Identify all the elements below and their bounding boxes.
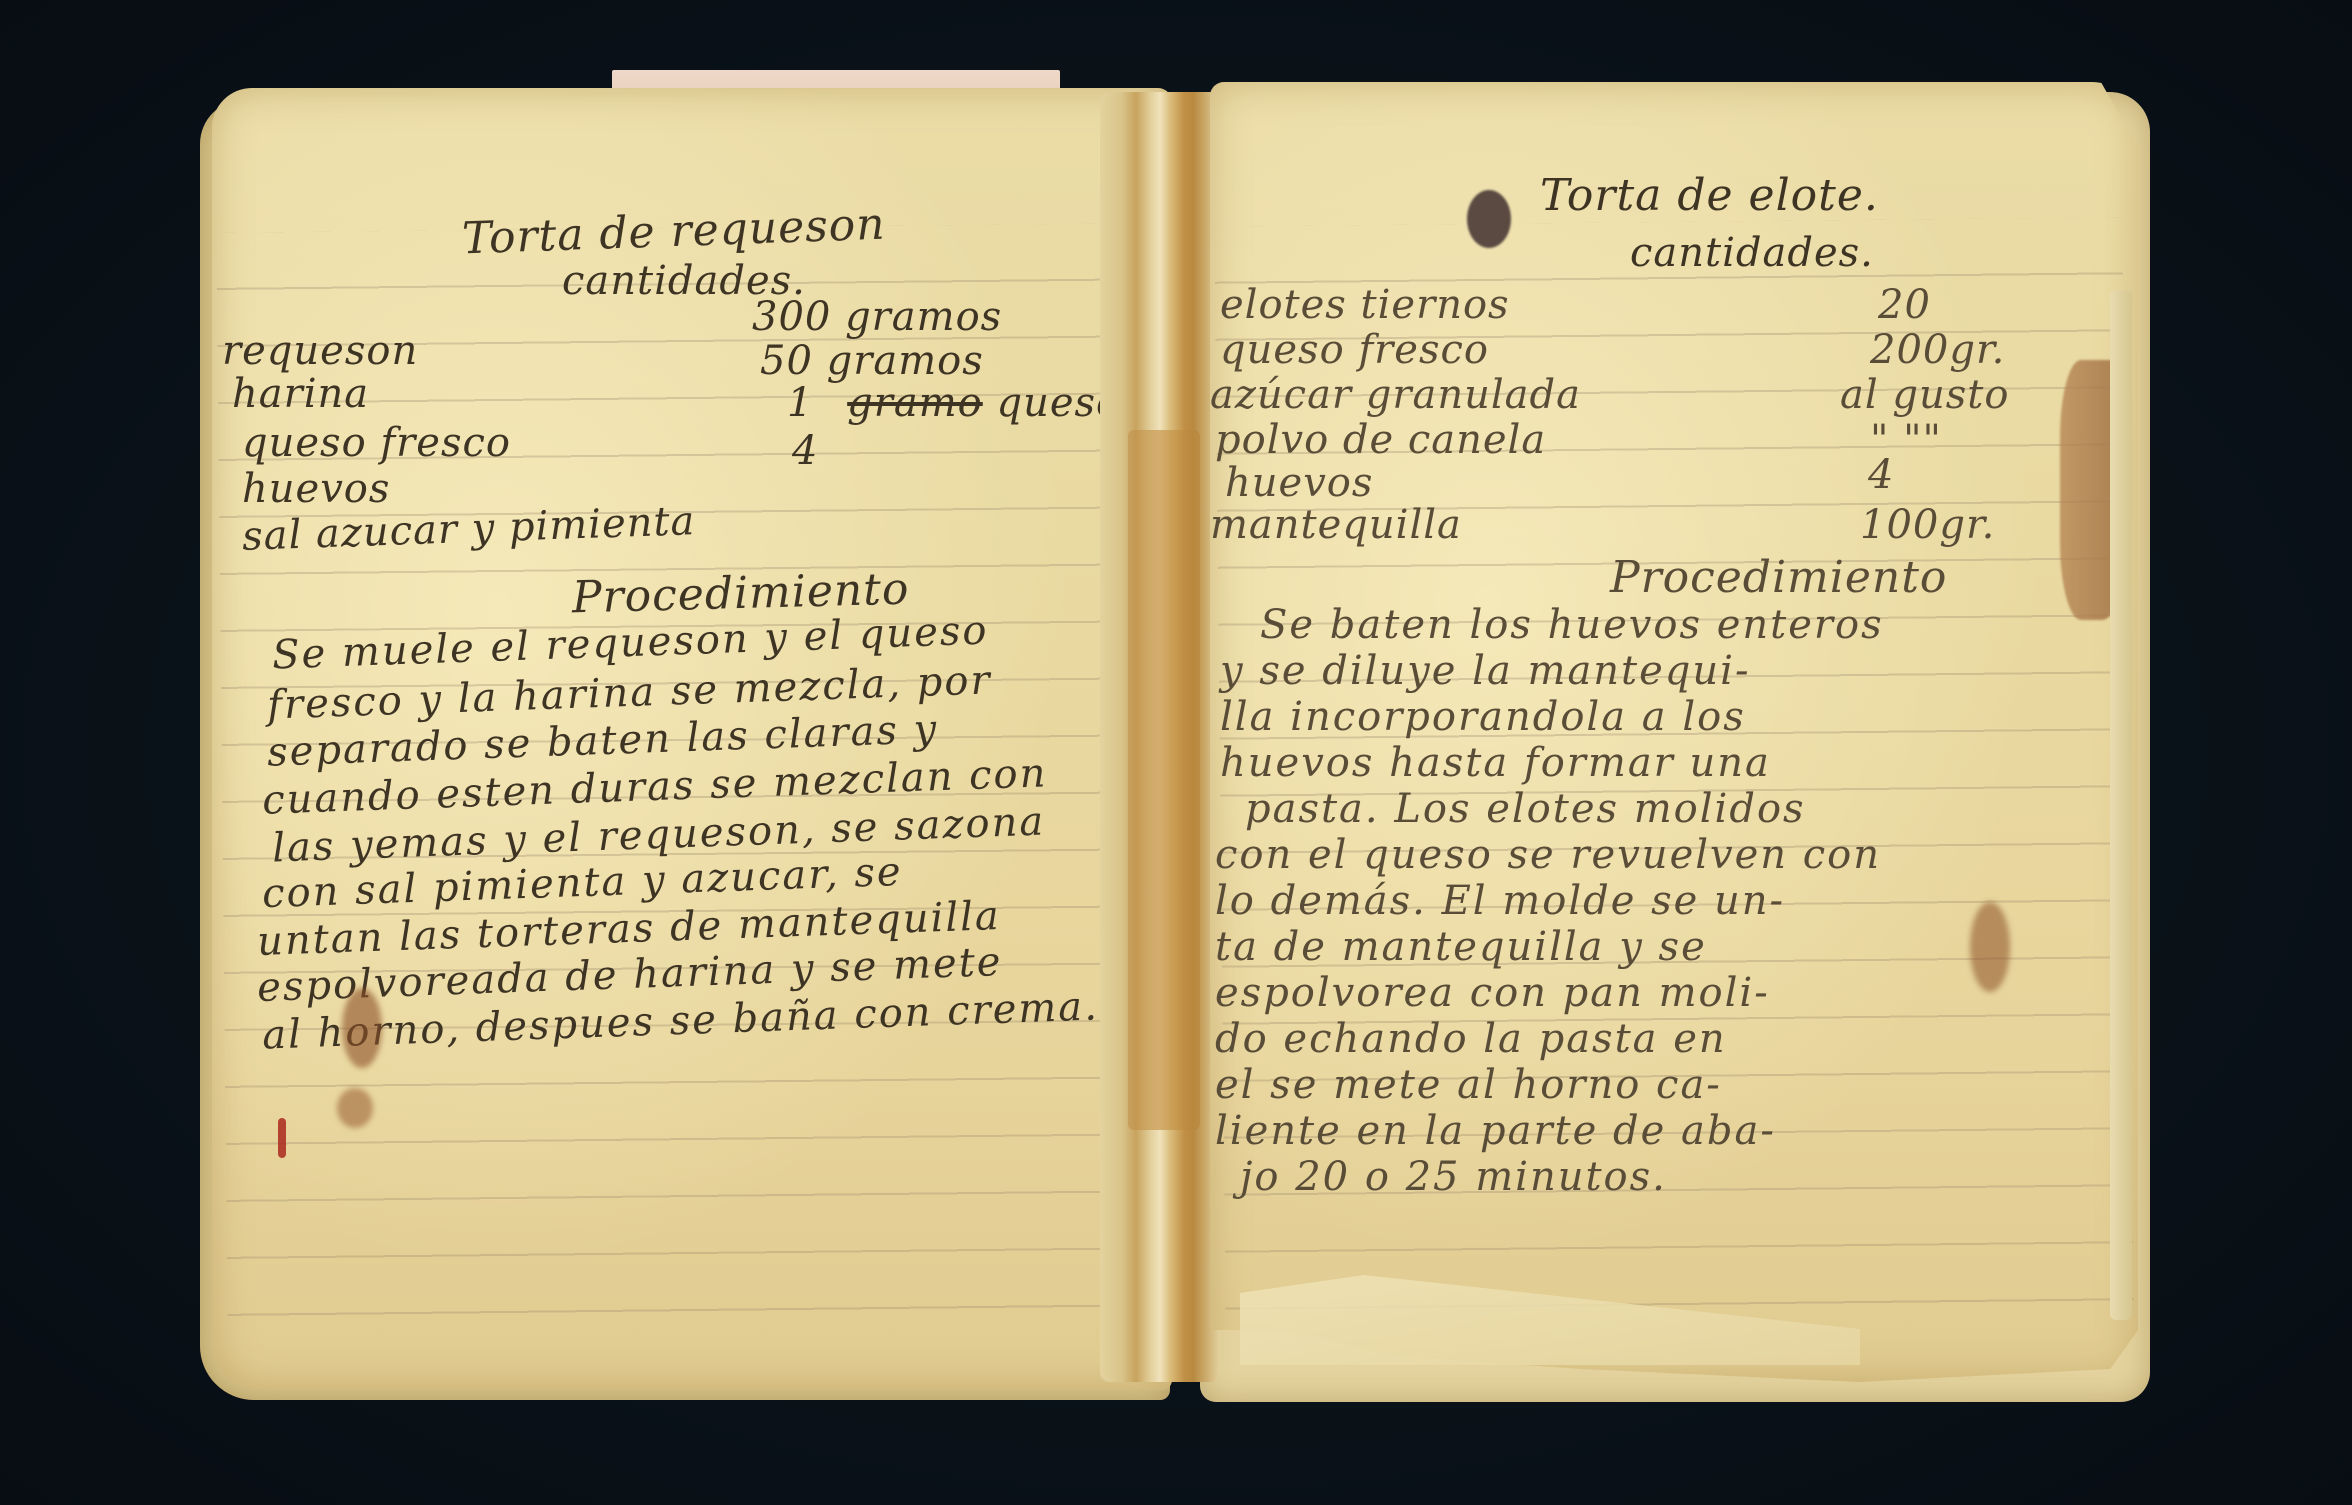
- procedure-line: do echando la pasta en: [1215, 1016, 1727, 1062]
- ink-stain: [1970, 902, 2010, 992]
- page-edge-strip: [2110, 290, 2132, 1320]
- procedure-line: pasta. Los elotes molidos: [1245, 786, 1806, 832]
- ingredient-name: requeson: [222, 328, 418, 374]
- ingredient-name: queso fresco: [242, 420, 511, 466]
- procedure-line: huevos hasta formar una: [1220, 740, 1771, 786]
- recipe-title: Torta de elote.: [1540, 170, 1879, 221]
- ingredient-name: mantequilla: [1210, 502, 1462, 548]
- ingredient-name: huevos: [242, 466, 390, 512]
- right-page: Torta de elote. cantidades. elotes tiern…: [1210, 82, 2138, 1382]
- ink-stain: [342, 988, 382, 1068]
- procedure-line: Se baten los huevos enteros: [1260, 602, 1884, 648]
- ingredient-name: queso fresco: [1220, 327, 1489, 373]
- procedure-line: con el queso se revuelven con: [1215, 832, 1881, 878]
- quantities-heading: cantidades.: [1630, 230, 1874, 276]
- red-mark: [278, 1118, 286, 1158]
- ingredient-amount: 200gr.: [1870, 327, 2005, 373]
- ingredient-name: azúcar granulada: [1210, 372, 1581, 418]
- procedure-line: el se mete al horno ca-: [1215, 1062, 1722, 1108]
- ingredient-name: polvo de canela: [1215, 417, 1546, 463]
- procedure-line: y se diluye la mantequi-: [1220, 648, 1750, 694]
- ingredient-name: elotes tiernos: [1220, 282, 1510, 328]
- ingredient-amount: 4: [792, 428, 818, 474]
- ingredient-name: harina: [232, 371, 369, 417]
- open-notebook: Torta de requeson cantidades. requeson 3…: [0, 0, 2352, 1505]
- left-page: Torta de requeson cantidades. requeson 3…: [212, 88, 1172, 1390]
- procedure-heading: Procedimiento: [1610, 552, 1947, 603]
- procedure-line: jo 20 o 25 minutos.: [1240, 1154, 1667, 1200]
- tape-stain: [1128, 430, 1200, 1130]
- ingredient-amount: 100gr.: [1860, 502, 1995, 548]
- amount-struck: gramo: [847, 380, 983, 426]
- ingredient-amount: 300 gramos: [752, 294, 1002, 340]
- ingredient-amount: al gusto: [1840, 372, 2009, 418]
- procedure-line: ta de mantequilla y se: [1215, 924, 1707, 970]
- procedure-line: liente en la parte de aba-: [1215, 1108, 1776, 1154]
- procedure-line: espolvorea con pan moli-: [1215, 970, 1770, 1016]
- procedure-line: lo demás. El molde se un-: [1215, 878, 1785, 924]
- ingredient-amount: 50 gramos: [760, 338, 984, 384]
- ingredient-amount: 1 gramo queso: [787, 380, 1121, 426]
- ingredient-amount: 20: [1878, 282, 1931, 328]
- ingredient-name: huevos: [1225, 460, 1373, 506]
- ingredient-amount: 4: [1868, 452, 1894, 498]
- ink-stain: [337, 1088, 373, 1128]
- burn-hole: [1467, 190, 1511, 248]
- recipe-title: Torta de requeson: [461, 199, 886, 265]
- procedure-line: lla incorporandola a los: [1220, 694, 1746, 740]
- amount-value: 1: [787, 380, 813, 426]
